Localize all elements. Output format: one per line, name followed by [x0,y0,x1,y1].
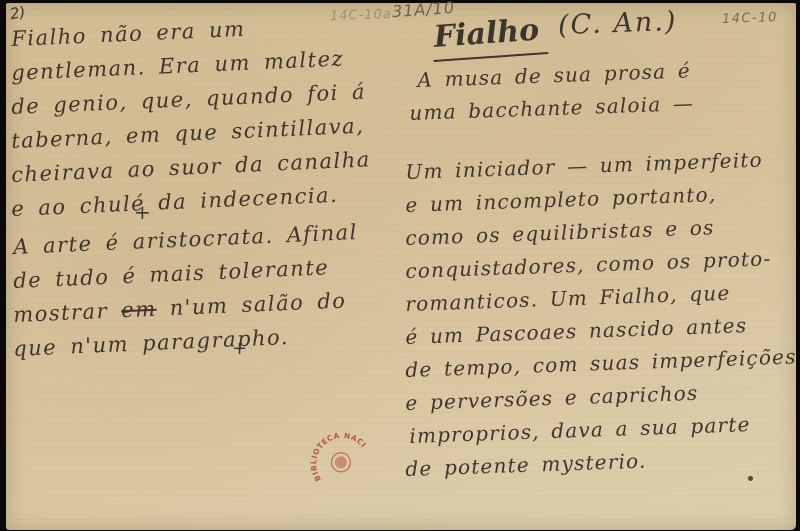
struck-word: em [121,297,157,323]
insertion-mark: + [134,200,151,224]
right-paragraph-2: Um iniciador — um imperfeito e um incomp… [406,156,796,486]
handwritten-word: n'um salão do [169,288,347,320]
left-paragraph-1: Fialho não era um gentleman. Era um malt… [12,22,404,226]
right-paragraph-1: A musa de sua prosa é uma bacchante salo… [410,64,792,130]
left-paragraph-2: A arte é aristocrata. Afinal de tudo é m… [14,230,406,366]
insertion-mark: + [232,338,247,359]
stamp-emblem-center [333,454,350,471]
page-title: Fialho [431,12,549,62]
handwritten-word: mostrar [13,299,109,327]
pencil-annotation-catalog-right: 14C-10 [722,10,778,27]
manuscript-scan: 2) 14C-10a 31A/10 14C-10 Fialho (C. An.)… [0,0,800,531]
pencil-annotation-page-number: 2) [9,3,27,23]
ink-dot [748,476,753,481]
page-title-suffix: (C. An.) [557,6,677,41]
